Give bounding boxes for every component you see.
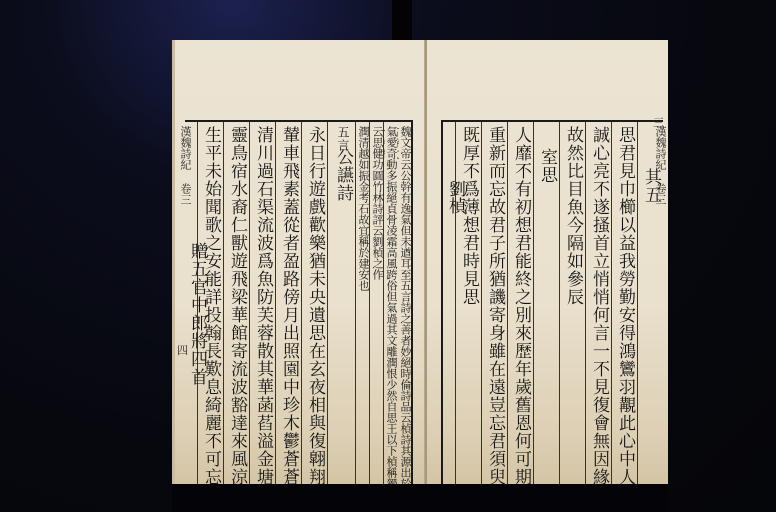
- preface-col-3: 云思健功圓竹林詩評云劉楨之作: [369, 122, 383, 490]
- preface-col-4: 潤清越如振金考石故宜稱於建安也: [355, 122, 369, 490]
- verse-col-r5: 重新而忘故君子所猶譏寄身雖在遠豈忘君須臾: [481, 122, 507, 490]
- poem-title-gongyan: 公讌詩: [327, 122, 355, 490]
- backdrop-seam: [392, 0, 412, 40]
- right-page-border-frame: 其五 思君見巾櫛以益我勞勤安得鴻鸞羽覯此心中人 誠心亮不遂搔首立悄悄何言一不見復…: [441, 120, 663, 492]
- left-page-border-frame: 魏文帝云公幹有逸氣但未遒耳至五言詩之善者妙絕時倫詩品云楨詩其源出於古詩仗 氣愛奇…: [185, 120, 413, 492]
- verse-col-1: 永日行遊戲歡樂猶未央遺思在玄夜相與復翺翔: [301, 122, 327, 490]
- poem-title-shisi: 室思: [533, 122, 559, 490]
- table-shadow: [172, 484, 668, 512]
- left-page-number: 四: [177, 342, 188, 358]
- right-spine-label: 漢魏詩紀 卷三: [650, 120, 668, 492]
- verse-col-r2: 誠心亮不遂搔首立悄悄何言一不見復會無因緣: [585, 122, 611, 490]
- preface-col-1: 魏文帝云公幹有逸氣但未遒耳至五言詩之善者妙絕時倫詩品云楨詩其源出於古詩仗: [397, 122, 411, 490]
- preface-col-2: 氣愛奇動多振絕貞骨凌霜高風跨俗但氣過其文雕潤恨少然自思王以下楨稱獨步詩譜: [383, 122, 397, 490]
- verse-col-r4: 人靡不有初想君能終之別來歷年歲舊恩何可期: [507, 122, 533, 490]
- verse-col-2: 輦車飛素蓋從者盈路傍月出照園中珍木鬱蒼蒼: [275, 122, 301, 490]
- verse-col-3: 清川過石渠流波爲魚防芙蓉散其華菡萏溢金塘: [249, 122, 275, 490]
- verse-col-r1: 思君見巾櫛以益我勞勤安得鴻鸞羽覯此心中人: [611, 122, 637, 490]
- left-page: 魏文帝云公幹有逸氣但未遒耳至五言詩之善者妙絕時倫詩品云楨詩其源出於古詩仗 氣愛奇…: [172, 40, 429, 484]
- author-name-liuzhen: 劉楨: [445, 122, 467, 490]
- right-page: 其五 思君見巾櫛以益我勞勤安得鴻鸞羽覯此心中人 誠心亮不遂搔首立悄悄何言一不見復…: [427, 40, 668, 484]
- verse-col-4: 靈鳥宿水裔仁獸遊飛梁華館寄流波豁達來風涼: [223, 122, 249, 490]
- right-page-number: 三: [653, 114, 664, 130]
- left-spine-label: 漢魏詩紀 卷三: [175, 120, 193, 492]
- verse-col-r3: 故然比目魚今隔如參辰: [559, 122, 585, 490]
- open-book: 魏文帝云公幹有逸氣但未遒耳至五言詩之善者妙絕時倫詩品云楨詩其源出於古詩仗 氣愛奇…: [172, 40, 668, 484]
